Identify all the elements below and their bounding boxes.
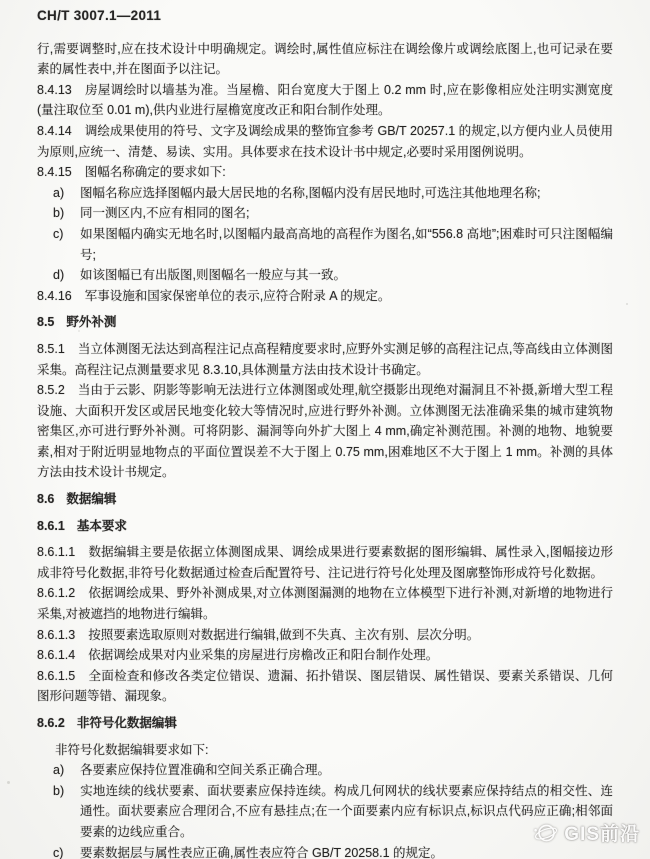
list-marker: c) — [53, 843, 80, 859]
clause-number: 8.6.1.5 — [37, 669, 75, 683]
list-item-text: 如该图幅已有出版图,则图幅名一般应与其一致。 — [80, 268, 346, 282]
clause-8-5-2: 8.5.2当由于云影、阴影等影响无法进行立体测图或处理,航空摄影出现绝对漏洞且不… — [37, 380, 613, 483]
clause-number: 8.4.13 — [37, 83, 72, 97]
list-item-a2: a)各要素应保持位置准确和空间关系正确合理。 — [53, 760, 613, 781]
clause-number: 8.6.1.1 — [37, 545, 75, 559]
clause-number: 8.6.1.3 — [37, 628, 75, 642]
clause-8-4-16: 8.4.16军事设施和国家保密单位的表示,应符合附录 A 的规定。 — [37, 286, 613, 307]
clause-text: 调绘成果使用的符号、文字及调绘成果的整饰宜参考 GB/T 20257.1 的规定… — [37, 124, 613, 159]
clause-8-4-14: 8.4.14调绘成果使用的符号、文字及调绘成果的整饰宜参考 GB/T 20257… — [37, 121, 613, 162]
list-item-b2: b)实地连续的线状要素、面状要素应保持连续。构成几何网状的线状要素应保持结点的相… — [53, 781, 613, 843]
clause-8-6-1-2: 8.6.1.2依据调绘成果、野外补测成果,对立体测图漏测的地物在立体模型下进行补… — [37, 583, 613, 624]
list-item-text: 同一测区内,不应有相同的图名; — [80, 206, 249, 220]
clause-text: 军事设施和国家保密单位的表示,应符合附录 A 的规定。 — [85, 289, 391, 303]
list-marker: b) — [53, 781, 80, 802]
clause-8-6-1-5: 8.6.1.5全面检查和修改各类定位错误、遗漏、拓扑错误、图层错误、属性错误、要… — [37, 666, 613, 707]
scan-speck — [626, 303, 628, 305]
clause-8-5-1: 8.5.1当立体测图无法达到高程注记点高程精度要求时,应野外实测足够的高程注记点… — [37, 339, 613, 380]
heading-title: 基本要求 — [77, 519, 127, 533]
globe-orbit-icon — [533, 821, 557, 845]
section-heading-8-6-1: 8.6.1基本要求 — [37, 516, 613, 537]
clause-number: 8.4.14 — [37, 124, 72, 138]
list-item-a: a)图幅名称应选择图幅内最大居民地的名称,图幅内没有居民地时,可选注其他地理名称… — [53, 183, 613, 204]
clause-text: 按照要素选取原则对数据进行编辑,做到不失真、主次有别、层次分明。 — [88, 628, 479, 642]
clause-8-6-1-3: 8.6.1.3按照要素选取原则对数据进行编辑,做到不失真、主次有别、层次分明。 — [37, 625, 613, 646]
clause-text: 当立体测图无法达到高程注记点高程精度要求时,应野外实测足够的高程注记点,等高线由… — [37, 342, 613, 377]
clause-text: 当由于云影、阴影等影响无法进行立体测图或处理,航空摄影出现绝对漏洞且不补摄,新增… — [37, 383, 613, 479]
list-item-c: c)如果图幅内确实无地名时,以图幅内最高高地的高程作为图名,如“556.8 高地… — [53, 224, 613, 265]
clause-8-4-13: 8.4.13房屋调绘时以墙基为准。当屋檐、阳台宽度大于图上 0.2 mm 时,应… — [37, 80, 613, 121]
heading-title: 数据编辑 — [66, 492, 116, 506]
standard-number: CH/T 3007.1—2011 — [37, 6, 613, 27]
continuation-paragraph: 行,需要调整时,应在技术设计中明确规定。调绘时,属性值应标注在调绘像片或调绘底图… — [37, 39, 613, 80]
clause-text: 图幅名称确定的要求如下: — [85, 165, 226, 179]
section-heading-8-5: 8.5野外补测 — [37, 312, 613, 333]
list-marker: a) — [53, 183, 80, 204]
intro-paragraph: 非符号化数据编辑要求如下: — [37, 740, 613, 761]
list-item-b: b)同一测区内,不应有相同的图名; — [53, 203, 613, 224]
clause-number: 8.5.1 — [37, 342, 65, 356]
list-item-text: 图幅名称应选择图幅内最大居民地的名称,图幅内没有居民地时,可选注其他地理名称; — [80, 186, 540, 200]
scanned-document-page: CH/T 3007.1—2011 行,需要调整时,应在技术设计中明确规定。调绘时… — [0, 0, 650, 859]
section-heading-8-6: 8.6数据编辑 — [37, 489, 613, 510]
list-item-text: 各要素应保持位置准确和空间关系正确合理。 — [80, 763, 330, 777]
watermark: GIS前沿 — [533, 819, 640, 846]
clause-8-6-1-4: 8.6.1.4依据调绘成果对内业采集的房屋进行房檐改正和阳台制作处理。 — [37, 645, 613, 666]
heading-title: 野外补测 — [66, 315, 116, 329]
list-item-text: 要素数据层与属性表应正确,属性表应符合 GB/T 20258.1 的规定。 — [80, 846, 443, 859]
clause-text: 全面检查和修改各类定位错误、遗漏、拓扑错误、图层错误、属性错误、要素关系错误、几… — [37, 669, 613, 704]
list-marker: d) — [53, 265, 80, 286]
list-marker: a) — [53, 760, 80, 781]
scan-speck — [78, 330, 80, 332]
list-item-c2: c)要素数据层与属性表应正确,属性表应符合 GB/T 20258.1 的规定。 — [53, 843, 613, 859]
section-heading-8-6-2: 8.6.2非符号化数据编辑 — [37, 713, 613, 734]
heading-number: 8.5 — [37, 315, 54, 329]
clause-number: 8.6.1.4 — [37, 648, 75, 662]
clause-8-6-1-1: 8.6.1.1数据编辑主要是依据立体测图成果、调绘成果进行要素数据的图形编辑、属… — [37, 542, 613, 583]
list-item-text: 如果图幅内确实无地名时,以图幅内最高高地的高程作为图名,如“556.8 高地”;… — [80, 227, 613, 262]
clause-text: 数据编辑主要是依据立体测图成果、调绘成果进行要素数据的图形编辑、属性录入,图幅接… — [37, 545, 613, 580]
list-item-d: d)如该图幅已有出版图,则图幅名一般应与其一致。 — [53, 265, 613, 286]
scan-speck — [7, 781, 10, 784]
clause-text: 房屋调绘时以墙基为准。当屋檐、阳台宽度大于图上 0.2 mm 时,应在影像相应处… — [37, 83, 613, 118]
heading-number: 8.6.2 — [37, 716, 65, 730]
watermark-label: GIS前沿 — [564, 819, 640, 846]
heading-title: 非符号化数据编辑 — [77, 716, 177, 730]
clause-number: 8.5.2 — [37, 383, 65, 397]
clause-text: 依据调绘成果、野外补测成果,对立体测图漏测的地物在立体模型下进行补测,对新增的地… — [37, 586, 613, 621]
clause-number: 8.6.1.2 — [37, 586, 75, 600]
list-marker: b) — [53, 203, 80, 224]
heading-number: 8.6 — [37, 492, 54, 506]
clause-number: 8.4.15 — [37, 165, 72, 179]
clause-text: 依据调绘成果对内业采集的房屋进行房檐改正和阳台制作处理。 — [88, 648, 438, 662]
list-marker: c) — [53, 224, 80, 245]
clause-8-4-15: 8.4.15图幅名称确定的要求如下: — [37, 162, 613, 183]
clause-number: 8.4.16 — [37, 289, 72, 303]
heading-number: 8.6.1 — [37, 519, 65, 533]
